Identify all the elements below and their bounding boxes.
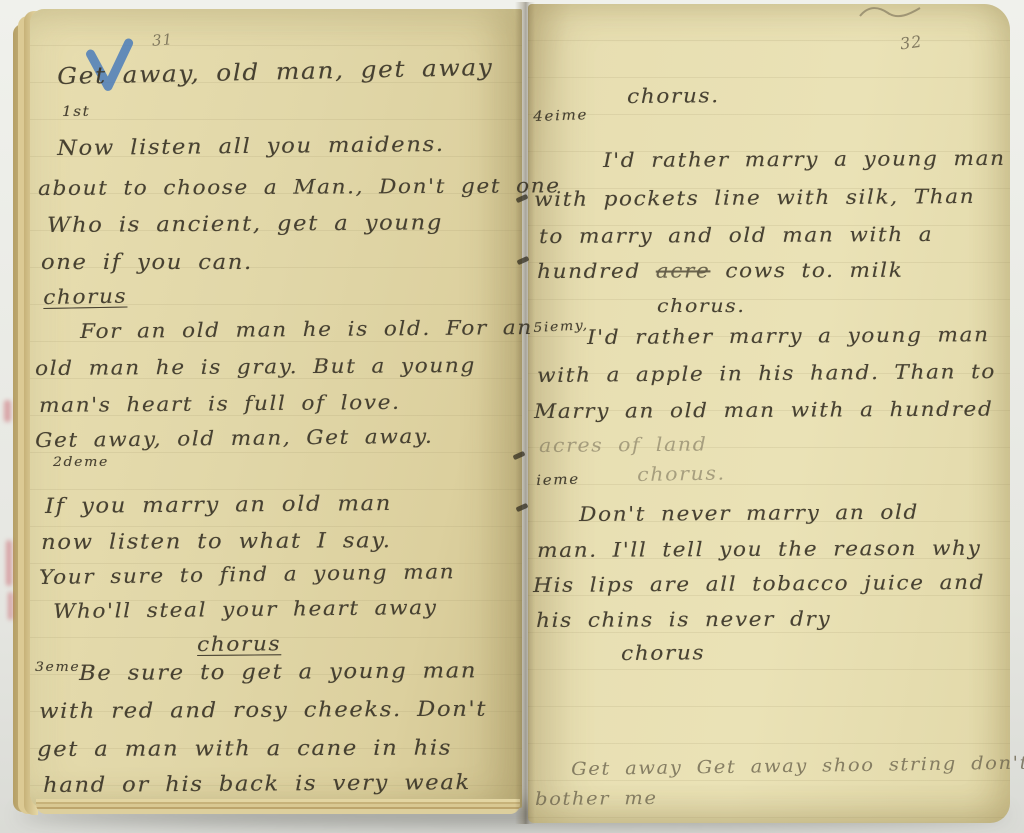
page-number-right: 32 <box>899 32 924 54</box>
handwritten-line: hundred acre cows to. milk <box>537 258 903 283</box>
handwritten-line: get a man with a cane in his <box>37 736 452 761</box>
bottom-page-edges <box>36 799 520 814</box>
handwritten-line: His lips are all tobacco juice and <box>533 570 985 597</box>
page-number-left: 31 <box>151 30 173 49</box>
notebook-scan: 31 32 Get away, old man, get away1stNow … <box>0 0 1024 833</box>
pencil-squiggle <box>858 3 922 21</box>
handwritten-line: 3eme <box>35 660 80 675</box>
handwritten-line: 2deme <box>53 455 109 470</box>
handwritten-line: I'd rather marry a young man <box>603 146 1006 172</box>
handwritten-line: now listen to what I say. <box>41 528 392 554</box>
handwritten-line: 5iemy, <box>533 318 589 336</box>
handwritten-line: chorus. <box>657 295 745 317</box>
handwritten-line: his chins is never dry <box>536 606 831 632</box>
handwritten-line: Don't never marry an old <box>579 500 919 526</box>
red-edge-smudge <box>8 592 13 620</box>
handwritten-line: hand or his back is very weak <box>43 770 471 797</box>
struck-out-word: acre <box>656 258 711 282</box>
handwritten-line: one if you can. <box>41 250 253 274</box>
handwritten-line: chorus <box>43 284 127 309</box>
handwritten-line: old man he is gray. But a young <box>35 353 476 380</box>
handwritten-line: to marry and old man with a <box>539 222 933 248</box>
red-edge-smudge <box>4 400 11 422</box>
handwritten-line: Be sure to get a young man <box>79 658 477 685</box>
red-edge-smudge <box>6 540 12 586</box>
handwritten-line: Who'll steal your heart away <box>53 595 438 623</box>
handwritten-line: chorus. <box>637 462 726 486</box>
handwritten-line: about to choose a Man., Don't get one <box>38 173 561 200</box>
handwritten-line: acres of land <box>539 434 708 457</box>
handwritten-line: with a apple in his hand. Than to <box>537 359 996 387</box>
handwritten-line: chorus. <box>627 83 720 108</box>
handwritten-line: Who is ancient, get a young <box>47 210 443 237</box>
handwritten-line: 4eime <box>533 107 588 125</box>
handwritten-line: Now listen all you maidens. <box>57 132 445 160</box>
handwritten-line: man's heart is full of love. <box>39 390 401 417</box>
handwritten-line: with red and rosy cheeks. Don't <box>39 697 487 723</box>
handwritten-line: chorus <box>621 640 705 665</box>
handwritten-line: Marry an old man with a hundred <box>534 397 993 423</box>
handwritten-line: Get away, old man, Get away. <box>35 424 434 452</box>
handwritten-line: man. I'll tell you the reason why <box>537 536 981 562</box>
handwritten-line: For an old man he is old. For an <box>80 315 533 343</box>
handwritten-line: bother me <box>535 788 658 810</box>
handwritten-line: 1st <box>62 104 90 120</box>
handwritten-line: If you marry an old man <box>45 491 392 518</box>
handwritten-line: chorus <box>197 631 281 656</box>
handwritten-line: I'd rather marry a young man <box>587 322 990 349</box>
handwritten-line: ieme <box>536 471 580 489</box>
handwritten-line: with pockets line with silk, Than <box>534 184 975 211</box>
